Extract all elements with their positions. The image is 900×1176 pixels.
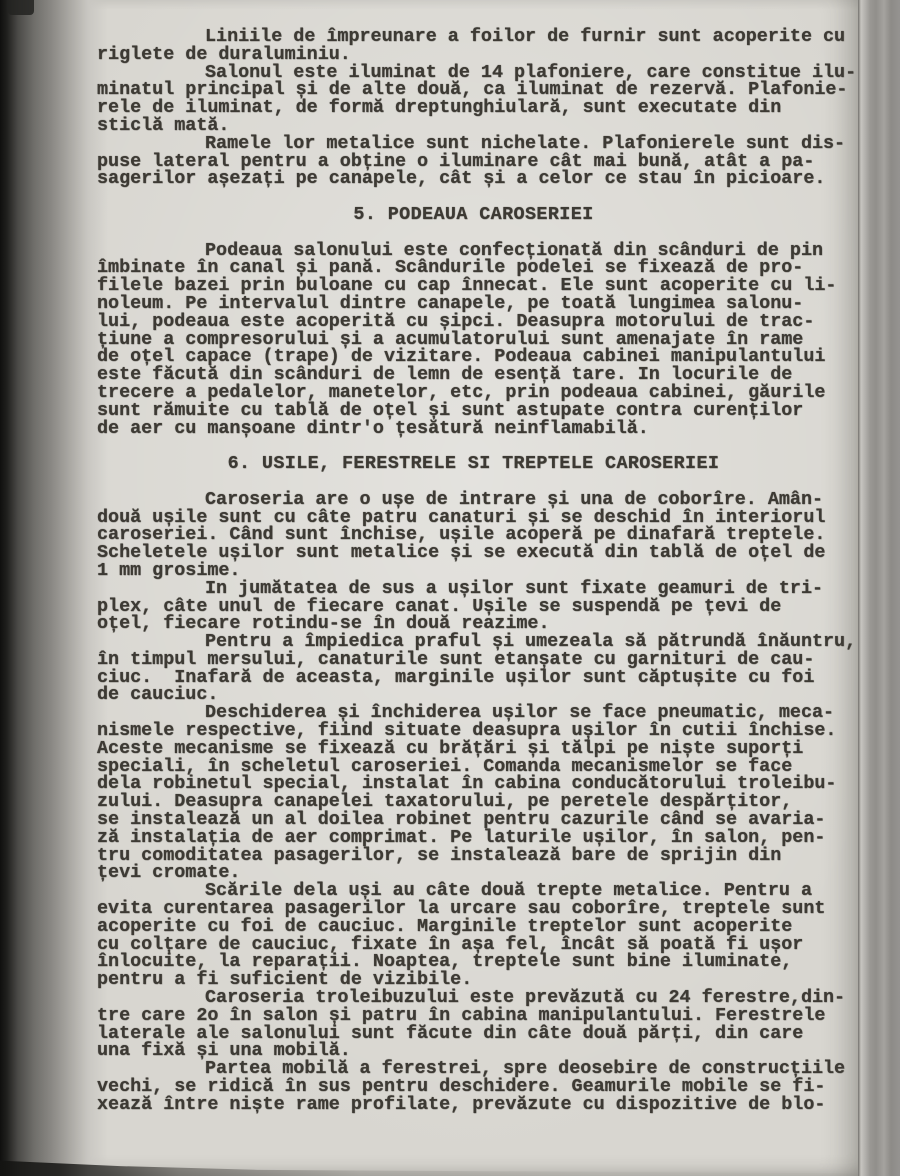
typewritten-text-block: Liniile de împreunare a foilor de furnir… [0, 28, 858, 1114]
text-line [97, 224, 850, 242]
scanned-page: Liniile de împreunare a foilor de furnir… [0, 0, 900, 1176]
section-heading: 5. PODEAUA CAROSERIEI [97, 206, 850, 224]
section-heading: 6. USILE, FERESTRELE SI TREPTELE CAROSER… [97, 455, 850, 473]
text-line: riglete de duraluminiu. [97, 46, 850, 64]
text-line: sunt rămuite cu tablă de oțel și sunt as… [97, 402, 850, 420]
text-line: Caroseria are o ușe de intrare și una de… [97, 491, 850, 509]
stacked-page-edges [858, 0, 900, 1176]
text-line: Ramele lor metalice sunt nichelate. Plaf… [97, 135, 850, 153]
text-line: acoperite cu foi de cauciuc. Marginile t… [97, 918, 850, 936]
text-line: In jumătatea de sus a ușilor sunt fixate… [97, 580, 850, 598]
text-line: de aer cu manșoane dintr'o țesătură nein… [97, 420, 850, 438]
text-line: tre care 2o în salon și patru în cabina … [97, 1007, 850, 1025]
binding-top-notch [8, 0, 34, 15]
text-line: Aceste mecanisme se fixează cu brățări ș… [97, 740, 850, 758]
text-line: lui, podeaua este acoperită cu șipci. De… [97, 313, 850, 331]
text-line: xează între niște rame profilate, prevăz… [97, 1096, 850, 1114]
text-line: sagerilor așezați pe canapele, cât și a … [97, 170, 850, 188]
text-line: ză instalația de aer comprimat. Pe latur… [97, 829, 850, 847]
